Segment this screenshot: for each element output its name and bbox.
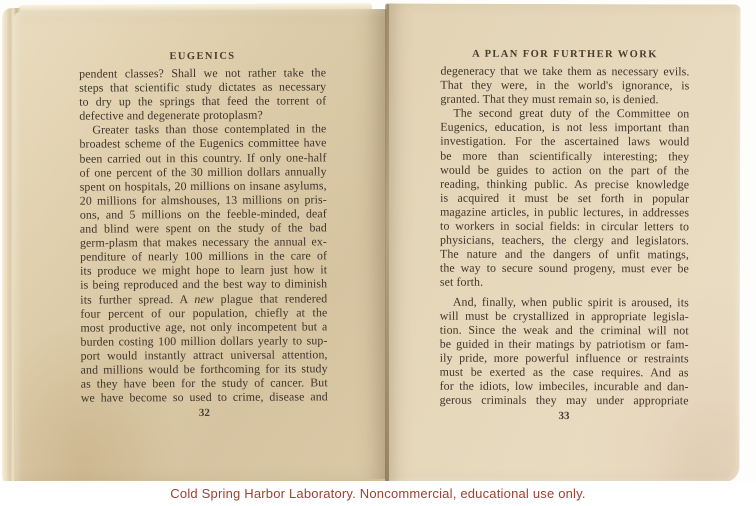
text-line: and millions would be forthcoming for it… (81, 361, 328, 376)
text-line: 20 millions for almshouses, 13 millions … (80, 192, 327, 207)
text-line: degeneracy that we take them as necessar… (440, 64, 689, 79)
text-line: physicians, teachers, the clergy and leg… (440, 233, 689, 248)
text-line: germ-plasm that makes necessary the annu… (80, 234, 327, 249)
paragraph: Greater tasks than those contemplated in… (79, 122, 327, 405)
left-page: EUGENICS pendent classes? Shall we not r… (13, 9, 389, 483)
text-line: set forth. (440, 275, 689, 290)
text-line: Eugenics, education, is not less importa… (440, 120, 689, 135)
book-gutter-fold (385, 4, 389, 482)
text-line: will must be crystallized in appropriate… (440, 308, 689, 323)
text-line: spent on hospitals, 20 millions on insan… (80, 178, 327, 193)
right-page-body: degeneracy that we take them as necessar… (440, 64, 690, 408)
paragraph: pendent classes? Shall we not rather tak… (79, 65, 326, 123)
text-line: as they have been for the study of cance… (81, 375, 328, 390)
text-line: four percent of our population, chiefly … (80, 305, 327, 320)
text-line: pendent classes? Shall we not rather tak… (79, 65, 326, 80)
text-line: port would instantly attract universal a… (81, 347, 328, 362)
text-line: be guided in their matings by patriotism… (440, 336, 689, 351)
paragraph: degeneracy that we take them as necessar… (440, 64, 689, 107)
text-line: its produce we might hope to learn just … (80, 263, 327, 278)
text-line: the way to secure sound progeny, must ev… (440, 261, 689, 276)
running-header-right: A PLAN FOR FURTHER WORK (440, 48, 689, 63)
text-line: reading, thinking public. As precise kno… (440, 176, 689, 191)
text-line: is being reproduced and the best way to … (80, 277, 327, 292)
book-scan-photo: EUGENICS pendent classes? Shall we not r… (0, 0, 756, 506)
text-line: tion. Since the weak and the criminal wi… (440, 322, 689, 337)
paragraph: And, finally, when public spirit is arou… (440, 294, 689, 407)
text-line: And, finally, when public spirit is arou… (440, 294, 689, 309)
text-line: to dry up the springs that feed the torr… (79, 94, 326, 109)
left-page-body: pendent classes? Shall we not rather tak… (79, 65, 328, 405)
text-line: to workers in social fields: in circular… (440, 219, 689, 234)
page-number-right: 33 (440, 410, 689, 423)
page-number-left: 32 (81, 407, 328, 420)
text-line: ily pride, more powerful influence or re… (440, 351, 689, 366)
left-text-column: EUGENICS pendent classes? Shall we not r… (79, 49, 328, 420)
text-line: be more than scientifically interesting;… (440, 148, 689, 163)
text-line: That they were, in the world's ignorance… (440, 78, 689, 93)
text-line: would be guides to action on the part of… (440, 162, 689, 177)
text-line: gerous criminals they may under appropri… (440, 393, 689, 408)
text-line: defective and degenerate protoplasm? (79, 108, 326, 123)
right-page: A PLAN FOR FURTHER WORK degeneracy that … (385, 4, 740, 483)
text-line: The nature and the dangers of unfit mati… (440, 247, 689, 262)
text-line: we have become so used to crime, disease… (81, 389, 328, 404)
text-line: must be exerted as the case requires. An… (440, 365, 689, 380)
credit-caption-text: Cold Spring Harbor Laboratory. Noncommer… (170, 486, 585, 501)
paragraph: The second great duty of the Committee o… (440, 106, 689, 290)
text-line: for the idiots, low imbeciles, incurable… (440, 379, 689, 394)
running-header-left: EUGENICS (79, 49, 326, 64)
text-line: most productive age, not only incompeten… (80, 319, 327, 334)
text-line: is acquired it must be set forth in popu… (440, 191, 689, 206)
text-line: its further spread. A new plague that re… (80, 291, 327, 306)
text-line: steps that scientific study dictates as … (79, 79, 326, 94)
text-line: The second great duty of the Committee o… (440, 106, 689, 121)
text-line: granted. That they must remain so, is de… (440, 92, 689, 107)
text-line: ons, and 5 millions on the feeble-minded… (80, 206, 327, 221)
text-line: been carried out in this country. If onl… (80, 150, 327, 165)
text-line: Greater tasks than those contemplated in… (79, 122, 326, 137)
credit-caption-strip: Cold Spring Harbor Laboratory. Noncommer… (0, 481, 756, 506)
text-line: penditure of nearly 100 millions in the … (80, 249, 327, 264)
text-line: magazine articles, in public lectures, i… (440, 205, 689, 220)
text-line: investigation. For the ascertained laws … (440, 134, 689, 149)
text-line: burden costing 100 million dollars yearl… (80, 333, 327, 348)
text-line: of one percent of the 30 million dollars… (80, 164, 327, 179)
right-text-column: A PLAN FOR FURTHER WORK degeneracy that … (440, 48, 690, 423)
text-line: broadest scheme of the Eugenics committe… (79, 136, 326, 151)
text-line: and blind were spent on the study of the… (80, 220, 327, 235)
